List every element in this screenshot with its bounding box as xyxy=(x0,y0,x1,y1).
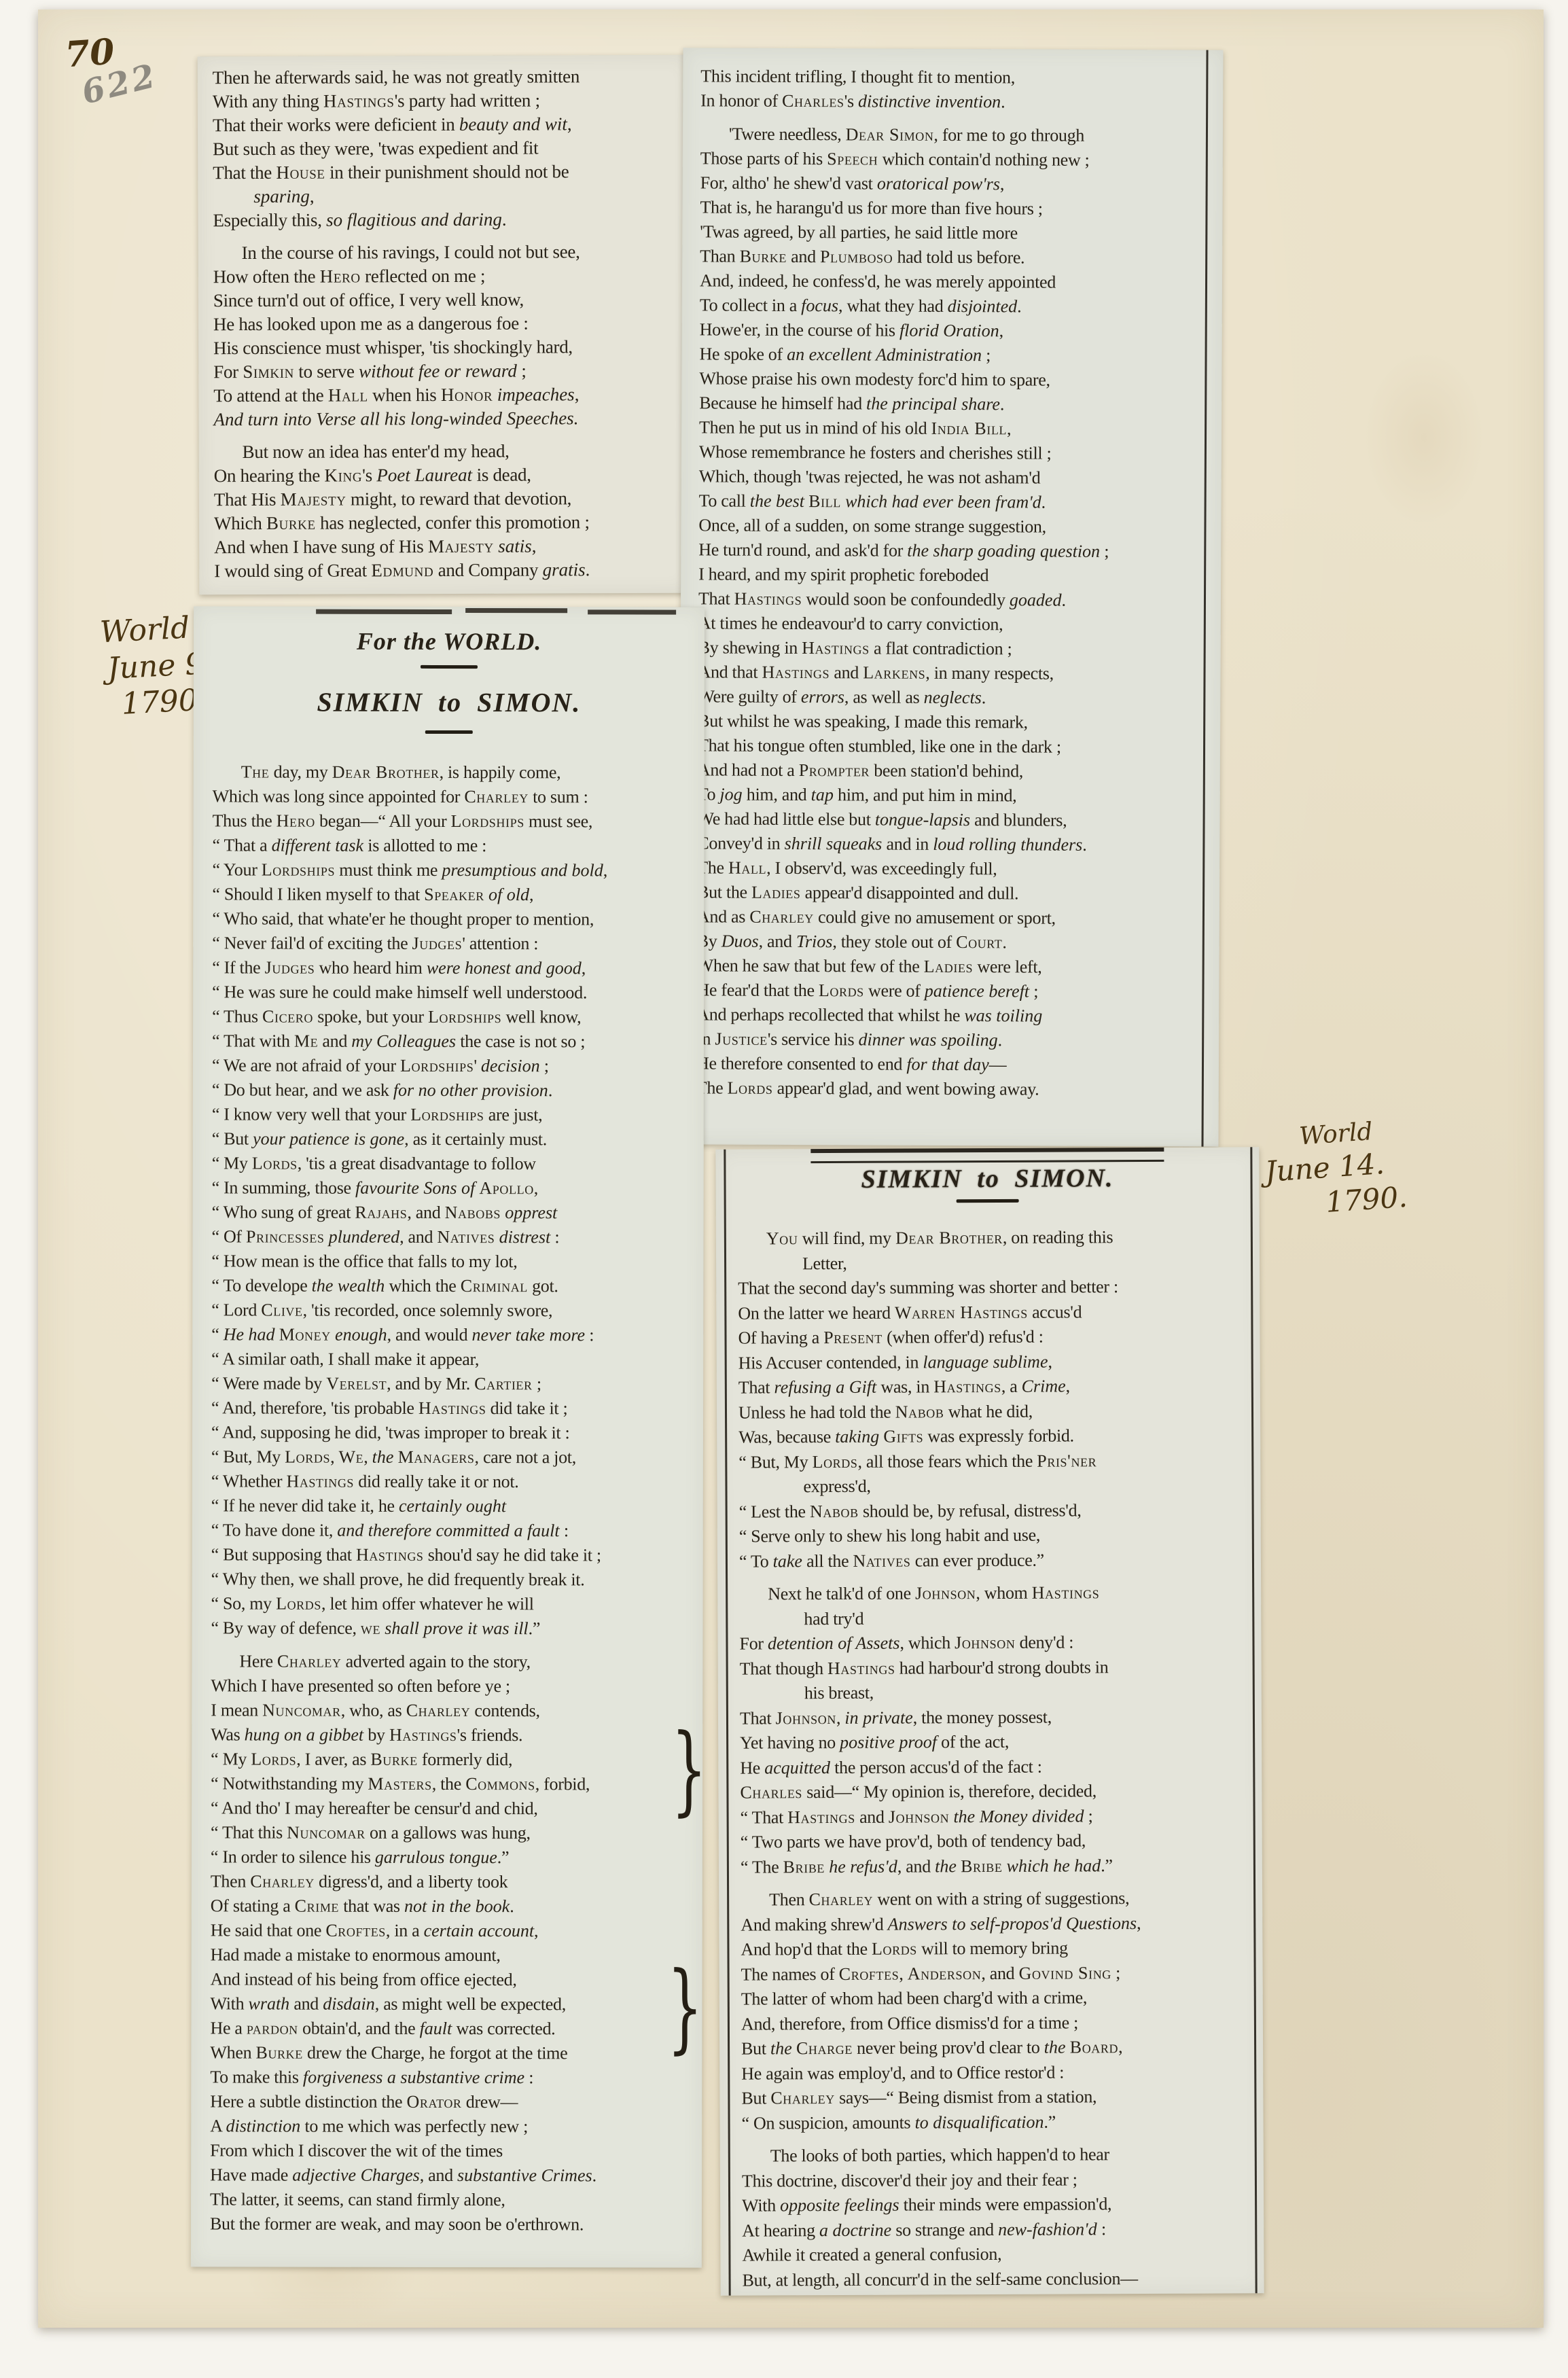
poem-line: Had made a mistake to enormous amount, xyxy=(211,1942,702,1968)
poem-line: By Duos, and Trios, they stole out of Co… xyxy=(697,929,1219,955)
poem-line: Especially this, so flagitious and darin… xyxy=(213,207,691,232)
poem-line: “ To have done it, and therefore committ… xyxy=(211,1518,703,1543)
poem-line: But whilst he was speaking, I made this … xyxy=(698,709,1220,735)
poem-line: “ And, therefore, 'tis probable Hastings… xyxy=(211,1396,703,1421)
poem-line: “ That this Nuncomar on a gallows was hu… xyxy=(211,1820,702,1845)
poem-line: That Hastings would soon be confoundedly… xyxy=(698,586,1221,613)
heading-rule xyxy=(421,665,478,669)
poem-line: By shewing in Hastings a flat contradict… xyxy=(698,635,1221,662)
poem-line: Was, because taking Gifts was expressly … xyxy=(738,1423,1260,1450)
triplet-brace: } xyxy=(667,1959,702,2057)
poem-line: “ Serve only to shew his long habit and … xyxy=(739,1522,1261,1549)
poem-line: “ Of Princesses plundered, and Natives d… xyxy=(211,1224,703,1249)
margin-note-right: World June 14. 1790. xyxy=(1262,1115,1408,1224)
cut-text-remnant xyxy=(465,608,567,613)
foxing-stain xyxy=(1363,349,1485,526)
poem-column-4: You will find, my Dear Brother, on readi… xyxy=(716,1211,1264,2292)
poem-line: But now an idea has enter'd my head, xyxy=(214,439,692,464)
poem-line: express'd, xyxy=(738,1472,1260,1499)
poem-line: “ Were made by Verelst, and by Mr. Carti… xyxy=(211,1371,703,1396)
poem-line: And hop'd that the Lords will to memory … xyxy=(741,1935,1262,1962)
poem-line: To call the best Bill which had ever bee… xyxy=(699,489,1222,515)
poem-line: “ Two parts we have prov'd, both of tend… xyxy=(741,1828,1262,1855)
poem-line: “ On suspicion, amounts to disqualificat… xyxy=(741,2109,1263,2136)
poem-line: At hearing a doctrine so strange and new… xyxy=(742,2216,1264,2243)
poem-line: Than Burke and Plumboso had told us befo… xyxy=(700,244,1222,270)
poem-line: “ Notwithstanding my Masters, the Common… xyxy=(211,1771,702,1796)
poem-line: To collect in a focus, what they had dis… xyxy=(700,293,1222,319)
poem-line: Next he talk'd of one Johnson, whom Hast… xyxy=(739,1580,1261,1607)
poem-line: Were guilty of errors, as well as neglec… xyxy=(698,684,1220,711)
poem-line: “ Whether Hastings did really take it or… xyxy=(211,1469,703,1494)
poem-line: With any thing Hastings's party had writ… xyxy=(213,88,691,113)
poem-line: This incident trifling, I thought fit to… xyxy=(700,64,1223,90)
poem-line: He said that one Croftes, in a certain a… xyxy=(211,1918,702,1943)
poem-line: “ But your patience is gone, as it certa… xyxy=(212,1126,704,1152)
poem-line: That refusing a Gift was, in Hastings, a… xyxy=(738,1373,1260,1400)
poem-line: He fear'd that the Lords were of patienc… xyxy=(696,978,1219,1004)
poem-line: The day, my Dear Brother, is happily com… xyxy=(213,760,705,785)
poem-line: Was hung on a gibbet by Hastings's frien… xyxy=(211,1722,702,1747)
poem-line: “ That with Me and my Colleagues the cas… xyxy=(212,1029,704,1054)
poem-line: “ My Lords, 'tis a great disadvantage to… xyxy=(212,1151,704,1176)
poem-line: had try'd xyxy=(739,1605,1261,1632)
poem-line: That the second day's summing was shorte… xyxy=(738,1274,1260,1301)
poem-line: Since turn'd out of office, I very well … xyxy=(213,287,692,313)
poem-line: Letter, xyxy=(738,1249,1260,1277)
poem-line: “ But, My Lords, We, the Managers, care … xyxy=(211,1444,703,1470)
poem-line: Here Charley adverted again to the story… xyxy=(211,1649,702,1674)
poem-line: “ So, my Lords, let him offer whatever h… xyxy=(211,1591,703,1616)
poem-line: That His Majesty might, to reward that d… xyxy=(214,486,692,512)
poem-line: I would sing of Great Edmund and Company… xyxy=(214,558,692,583)
poem-line: “ In order to silence his garrulous tong… xyxy=(211,1845,702,1870)
poem-line: He spoke of an excellent Administration … xyxy=(699,342,1222,368)
poem-line: “ And, supposing he did, 'twas improper … xyxy=(211,1420,703,1445)
poem-line: He a pardon obtain'd, and the fault was … xyxy=(210,2016,702,2041)
clipping-right-column: This incident trifling, I thought fit to… xyxy=(678,48,1223,1146)
poem-line: He therefore consented to end for that d… xyxy=(696,1051,1219,1078)
poem-line: He acquitted the person accus'd of the f… xyxy=(740,1754,1262,1781)
poem-line: Whose remembrance he fosters and cherish… xyxy=(699,440,1222,466)
poem-line: But the former are weak, and may soon be… xyxy=(210,2212,702,2237)
poem-line: For Simkin to serve without fee or rewar… xyxy=(213,359,692,384)
poem-line: Thus the Hero began—“ All your Lordships… xyxy=(213,809,705,834)
poem-line: From which I discover the wit of the tim… xyxy=(210,2138,702,2163)
poem-line: To jog him, and tap him, and put him in … xyxy=(698,782,1220,809)
poem-line: Which was long since appointed for Charl… xyxy=(213,784,705,809)
cut-text-remnant xyxy=(316,609,452,614)
poem-line: For, altho' he shew'd vast oratorical po… xyxy=(700,171,1223,197)
poem-line: Once, all of a sudden, on some strange s… xyxy=(698,513,1221,539)
poem-line: Those parts of his Speech which contain'… xyxy=(700,146,1223,173)
poem-line: Then he put us in mind of his old India … xyxy=(699,415,1222,442)
poem-line: Then Charley digress'd, and a liberty to… xyxy=(211,1869,702,1894)
poem-line: Because he himself had the principal sha… xyxy=(699,391,1222,417)
poem-line: “ We are not afraid of your Lordships' d… xyxy=(212,1053,704,1078)
poem-line: “ To take all the Natives can ever produ… xyxy=(739,1547,1261,1574)
clipping-simkin-first-letter: For the WORLD. SIMKIN to SIMON. The day,… xyxy=(191,606,705,2267)
poem-line: On the latter we heard Warren Hastings a… xyxy=(738,1299,1260,1326)
poem-line: “ By way of defence, we shall prove it w… xyxy=(211,1616,702,1641)
poem-line: “ My Lords, I aver, as Burke formerly di… xyxy=(211,1747,702,1772)
poem-line: But the Charge never being prov'd clear … xyxy=(741,2034,1263,2061)
poem-line: This doctrine, discover'd their joy and … xyxy=(742,2167,1264,2194)
poem-line: his breast, xyxy=(740,1679,1262,1706)
poem-line: With wrath and disdain, as might well be… xyxy=(211,1991,702,2017)
poem-line: Awhile it created a general confusion, xyxy=(742,2241,1264,2268)
poem-line: The Lords appear'd glad, and went bowing… xyxy=(696,1076,1219,1102)
poem-line: Have made adjective Charges, and substan… xyxy=(210,2163,702,2188)
poem-line: Here a subtle distinction the Orator dre… xyxy=(210,2089,702,2114)
poem-line: The Hall, I observ'd, was exceedingly fu… xyxy=(697,855,1219,882)
poem-line: “ Your Lordships must think me presumpti… xyxy=(212,857,704,883)
poem-line: His Accuser contended, in language subli… xyxy=(738,1349,1260,1376)
poem-line: “ How mean is the office that falls to m… xyxy=(211,1249,703,1274)
poem-line: “ That Hastings and Johnson the Money di… xyxy=(741,1803,1262,1830)
poem-line: “ But, My Lords, all those fears which t… xyxy=(738,1448,1260,1475)
poem-line: But the Ladies appear'd disappointed and… xyxy=(697,880,1219,906)
poem-line: “ Why then, we shall prove, he did frequ… xyxy=(211,1567,703,1592)
poem-line: The latter of whom had been charg'd with… xyxy=(741,1985,1263,2012)
poem-line: sparing, xyxy=(213,183,691,209)
poem-line: And when I have sung of His Majesty sati… xyxy=(214,534,692,559)
poem-line: With opposite feelings their minds were … xyxy=(742,2191,1264,2218)
poem-line: “ To develope the wealth which the Crimi… xyxy=(211,1273,703,1298)
poem-line: Howe'er, in the course of his florid Ora… xyxy=(700,317,1222,344)
photograph-backdrop: 70 622 World June 9. 1790. World June 14… xyxy=(0,0,1568,2378)
poem-line: He turn'd round, and ask'd for the sharp… xyxy=(698,537,1221,564)
poem-line: To make this forgiveness a substantive c… xyxy=(210,2065,702,2090)
poem-line: “ A similar oath, I shall make it appear… xyxy=(211,1347,703,1372)
poem-line: He again was employ'd, and to Office res… xyxy=(741,2059,1263,2087)
poem-line: In the course of his ravings, I could no… xyxy=(213,240,692,265)
poem-line: Then Charley went on with a string of su… xyxy=(741,1885,1262,1913)
poem-line: “ If he never did take it, he certainly … xyxy=(211,1493,703,1519)
poem-line: Of stating a Crime that was not in the b… xyxy=(211,1894,702,1919)
poem-line: And turn into Verse all his long-winded … xyxy=(213,406,692,431)
poem-line: And making shrew'd Answers to self-propo… xyxy=(741,1911,1262,1938)
poem-line: “ Thus Cicero spoke, but your Lordships … xyxy=(212,1004,704,1029)
poem-line: “ The Bribe he refus'd, and the Bribe wh… xyxy=(741,1853,1262,1880)
poem-column-2: This incident trifling, I thought fit to… xyxy=(679,48,1224,1102)
poem-line: Charles said—“ My opinion is, therefore,… xyxy=(740,1778,1262,1805)
poem-line: “ And tho' I may hereafter be censur'd a… xyxy=(211,1796,702,1821)
poem-line: And had not a Prompter been station'd be… xyxy=(698,758,1220,784)
triplet-brace: } xyxy=(671,1722,707,1819)
poem-line: The latter, it seems, can stand firmly a… xyxy=(210,2187,702,2212)
poem-line: Unless he had told the Nabob what he did… xyxy=(738,1398,1260,1425)
poem-line: “ If the Judges who heard him were hones… xyxy=(212,955,704,980)
poem-line: The looks of both parties, which happen'… xyxy=(742,2142,1264,2169)
poem-line: “ In summing, those favourite Sons of Ap… xyxy=(212,1175,704,1201)
poem-line: “ I know very well that your Lordships a… xyxy=(212,1102,704,1127)
poem-line: We had had little else but tongue-lapsis… xyxy=(697,806,1219,833)
poem-line: But, at length, all concurr'd in the sel… xyxy=(743,2266,1264,2293)
poem-line: “ Lord Clive, 'tis recorded, once solemn… xyxy=(211,1298,703,1323)
poem-line: “ Who said, that whate'er he thought pro… xyxy=(212,906,704,931)
poem-line: But Charley says—“ Being dismist from a … xyxy=(741,2084,1263,2111)
poem-line: On hearing the King's Poet Laureat is de… xyxy=(214,463,692,488)
poem-line: His conscience must whisper, 'tis shocki… xyxy=(213,335,692,360)
poem-line: And, therefore, from Office dismiss'd fo… xyxy=(741,2010,1263,2037)
poem-line: Whose praise his own modesty forc'd him … xyxy=(699,366,1222,393)
clipping-simkin-second-letter: SIMKIN to SIMON. You will find, my Dear … xyxy=(715,1147,1264,2295)
poem-line: “ Should I liken myself to that Speaker … xyxy=(212,882,704,907)
poem-line: But such as they were, 'twas expedient a… xyxy=(213,136,691,161)
poem-line: I mean Nuncomar, who, as Charley contend… xyxy=(211,1698,702,1723)
masthead: For the WORLD. xyxy=(194,626,705,656)
poem-line: Which Burke has neglected, confer this p… xyxy=(214,510,692,535)
poem-line: And instead of his being from office eje… xyxy=(211,1967,702,1992)
section-title: SIMKIN to SIMON. xyxy=(715,1163,1259,1194)
cut-text-remnant xyxy=(588,609,676,614)
poem-line: “ That a different task is allotted to m… xyxy=(212,833,704,858)
poem-line: The names of Croftes, Anderson, and Govi… xyxy=(741,1960,1263,1987)
clipping-letter-end: Then he afterwards said, he was not grea… xyxy=(198,55,693,595)
heading-rule-double xyxy=(810,1148,1164,1163)
poem-line: That though Hastings had harbour'd stron… xyxy=(740,1654,1262,1682)
poem-line: How often the Hero reflected on me ; xyxy=(213,264,692,289)
poem-line: “ He was sure he could make himself well… xyxy=(212,980,704,1005)
poem-line: In Justice's service his dinner was spoi… xyxy=(696,1027,1219,1053)
poem-line: At times he endeavour'd to carry convict… xyxy=(698,611,1221,637)
poem-line: When he saw that but few of the Ladies w… xyxy=(697,953,1219,980)
poem-line: He has looked upon me as a dangerous foe… xyxy=(213,311,692,336)
section-title: SIMKIN to SIMON. xyxy=(194,686,705,718)
poem-line: In honor of Charles's distinctive invent… xyxy=(700,88,1223,115)
poem-column-3: The day, my Dear Brother, is happily com… xyxy=(191,744,705,2237)
poem-line: That his tongue often stumbled, like one… xyxy=(698,733,1220,760)
poem-line: You will find, my Dear Brother, on readi… xyxy=(738,1224,1260,1252)
poem-line: 'Twere needless, Dear Simon, for me to g… xyxy=(700,122,1223,148)
poem-line: And as Charley could give no amusement o… xyxy=(697,904,1219,931)
poem-line: “ But supposing that Hastings shou'd say… xyxy=(211,1542,703,1567)
poem-line: “ Do but hear, and we ask for no other p… xyxy=(212,1078,704,1103)
poem-line: I heard, and my spirit prophetic forebod… xyxy=(698,562,1221,588)
poem-line: Which I have presented so often before y… xyxy=(211,1673,702,1699)
heading-rule xyxy=(425,730,473,734)
poem-line: Yet having no positive proof of the act, xyxy=(740,1728,1262,1756)
poem-line: “ Lest the Nabob should be, by refusal, … xyxy=(739,1497,1261,1525)
poem-line: And, indeed, he confess'd, he was merely… xyxy=(700,268,1222,295)
poem-line: Then he afterwards said, he was not grea… xyxy=(213,65,691,90)
poem-line: Of having a Present (when offer'd) refus… xyxy=(738,1324,1260,1351)
poem-line: And that Hastings and Larkens, in many r… xyxy=(698,660,1220,686)
poem-line: A distinction to me which was perfectly … xyxy=(210,2114,702,2139)
heading-rule xyxy=(957,1199,1019,1203)
poem-line: 'Twas agreed, by all parties, he said li… xyxy=(700,219,1222,246)
poem-column-1: Then he afterwards said, he was not grea… xyxy=(198,55,693,584)
poem-line: That their works were deficient in beaut… xyxy=(213,112,691,137)
poem-line: Which, though 'twas rejected, he was not… xyxy=(699,464,1222,491)
poem-line: “ Never fail'd of exciting the Judges' a… xyxy=(212,931,704,956)
poem-line: For detention of Assets, which Johnson d… xyxy=(739,1629,1261,1656)
poem-line: And perhaps recollected that whilst he w… xyxy=(696,1002,1219,1029)
poem-line: When Burke drew the Charge, he forgot at… xyxy=(210,2040,702,2065)
poem-line: Convey'd in shrill squeaks and in loud r… xyxy=(697,831,1219,857)
poem-line: That is, he harangu'd us for more than f… xyxy=(700,195,1222,221)
poem-line: “ He had Money enough, and would never t… xyxy=(211,1322,703,1347)
poem-line: That the House in their punishment shoul… xyxy=(213,160,691,185)
poem-line: That Johnson, in private, the money poss… xyxy=(740,1704,1262,1731)
poem-line: “ Who sung of great Rajahs, and Nabobs o… xyxy=(212,1200,704,1225)
poem-line: To attend at the Hall when his Honor imp… xyxy=(213,383,692,408)
